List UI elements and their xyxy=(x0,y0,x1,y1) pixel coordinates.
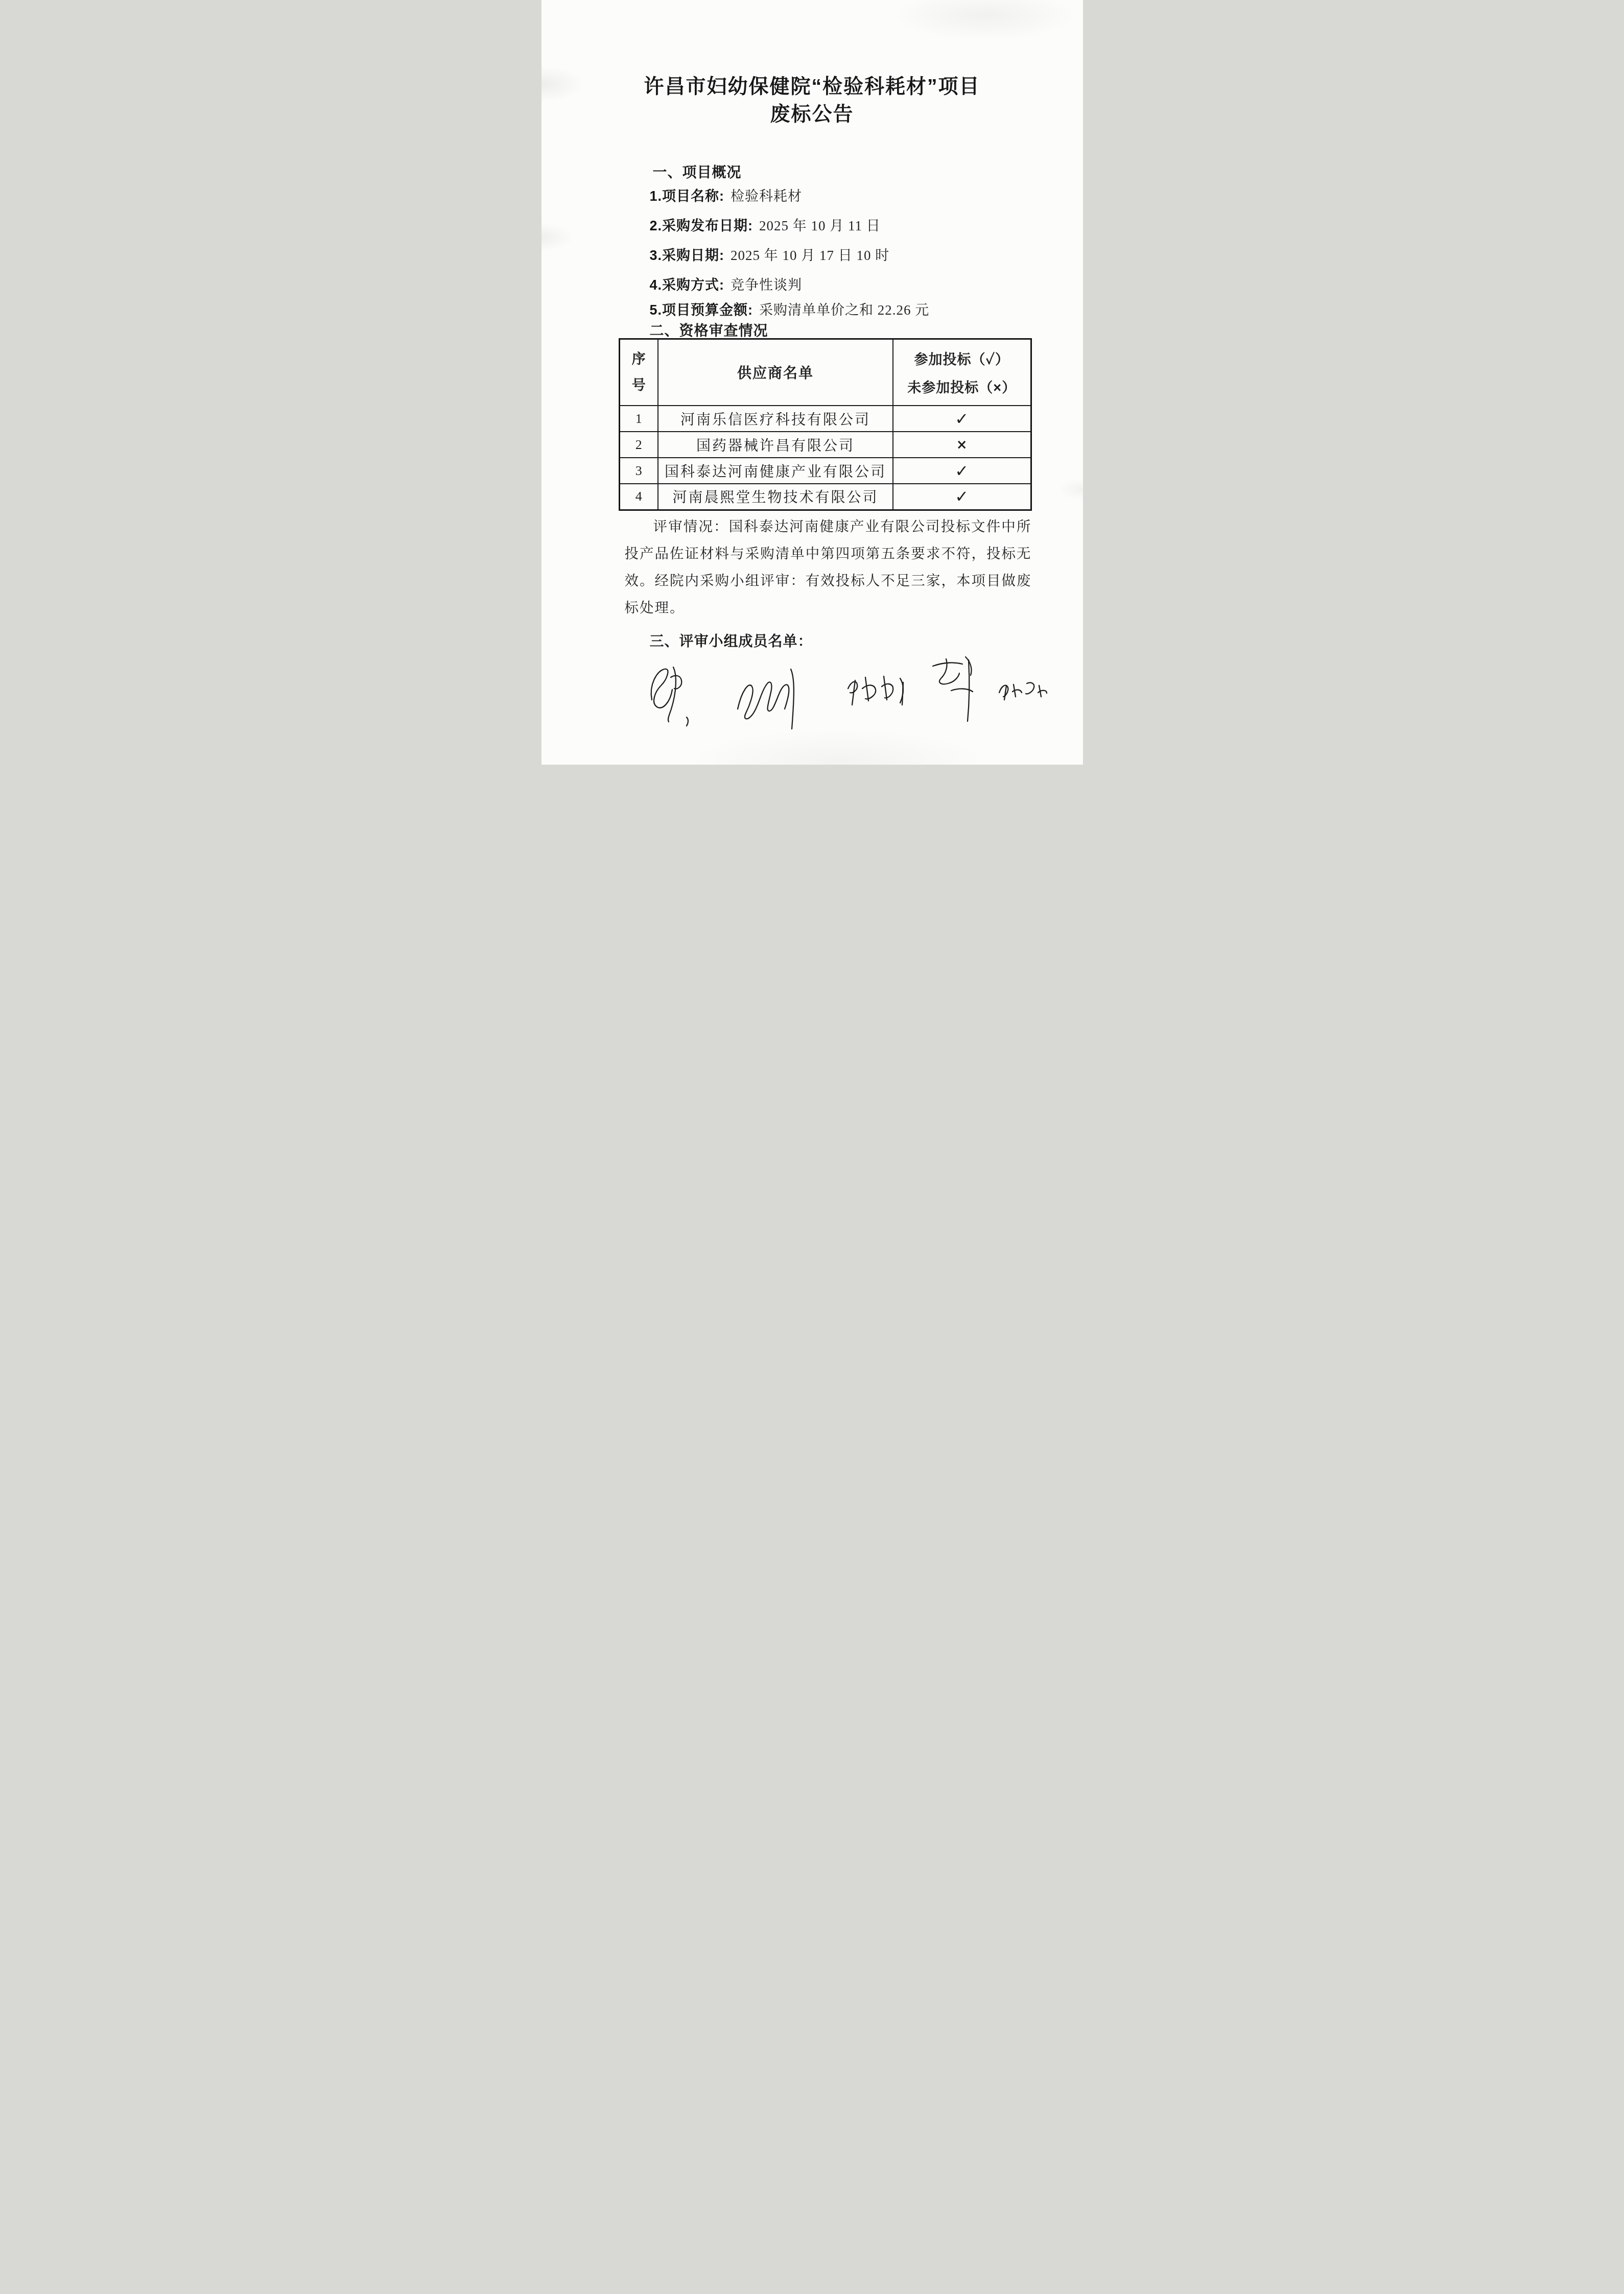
header-no-label: 序号 xyxy=(631,346,646,399)
scanned-document-page: 许昌市妇幼保健院“检验科耗材”项目 废标公告 一、项目概况 1.项目名称:检验科… xyxy=(542,0,1083,765)
row3-mark: ✓ xyxy=(893,458,1031,484)
header-mark-line1: 参加投标（✓） xyxy=(914,348,1009,368)
document-title-line2: 废标公告 xyxy=(542,98,1083,127)
row2-supplier: 国药器械许昌有限公司 xyxy=(658,432,893,458)
table-row: 2 国药器械许昌有限公司 × xyxy=(619,432,1031,458)
handwritten-signature-2 xyxy=(732,664,809,730)
item-publish-date-label: 2.采购发布日期: xyxy=(650,218,754,233)
table-row: 3 国科泰达河南健康产业有限公司 ✓ xyxy=(619,458,1031,484)
item-project-name-label: 1.项目名称: xyxy=(650,188,725,204)
item-budget: 5.项目预算金额:采购清单单价之和 22.26 元 xyxy=(650,299,930,319)
section2-heading: 二、资格审查情况 xyxy=(650,320,768,340)
row2-mark: × xyxy=(893,432,1031,458)
row1-supplier: 河南乐信医疗科技有限公司 xyxy=(658,406,893,432)
review-note-paragraph: 评审情况：国科泰达河南健康产业有限公司投标文件中所投产品佐证材料与采购清单中第四… xyxy=(625,513,1032,621)
row3-no: 3 xyxy=(619,458,658,484)
item-procure-date-label: 3.采购日期: xyxy=(650,248,725,263)
row4-supplier: 河南晨熙堂生物技术有限公司 xyxy=(658,484,893,510)
section3-heading: 三、评审小组成员名单： xyxy=(650,630,813,651)
item-publish-date: 2.采购发布日期:2025 年 10 月 11 日 xyxy=(650,215,881,234)
handwritten-signature-3 xyxy=(843,667,914,718)
row4-mark: ✓ xyxy=(893,484,1031,510)
handwritten-signature-4 xyxy=(926,653,979,724)
item-procure-method-label: 4.采购方式: xyxy=(650,277,725,293)
item-project-name-value: 检验科耗材 xyxy=(731,188,802,204)
row1-no: 1 xyxy=(619,406,658,432)
item-procure-date: 3.采购日期:2025 年 10 月 17 日 10 时 xyxy=(650,244,890,264)
header-cell-no: 序号 xyxy=(619,339,658,406)
document-title-line1: 许昌市妇幼保健院“检验科耗材”项目 xyxy=(542,70,1083,99)
item-procure-method-value: 竞争性谈判 xyxy=(731,277,802,293)
row2-no: 2 xyxy=(619,432,658,458)
header-mark-line2: 未参加投标（×） xyxy=(907,376,1016,396)
qualification-table: 序号 供应商名单 参加投标（✓） 未参加投标（×） 1 河南乐信医疗科技有限公司… xyxy=(619,338,1032,511)
handwritten-signature-1 xyxy=(642,660,695,727)
item-procure-method: 4.采购方式:竞争性谈判 xyxy=(650,274,803,294)
item-budget-label: 5.项目预算金额: xyxy=(650,302,754,318)
table-row: 4 河南晨熙堂生物技术有限公司 ✓ xyxy=(619,484,1031,510)
section1-heading: 一、项目概况 xyxy=(653,161,742,182)
header-supplier-label: 供应商名单 xyxy=(737,365,814,381)
item-project-name: 1.项目名称:检验科耗材 xyxy=(650,185,803,205)
row3-supplier: 国科泰达河南健康产业有限公司 xyxy=(658,458,893,484)
row1-mark: ✓ xyxy=(893,406,1031,432)
item-procure-date-value: 2025 年 10 月 17 日 10 时 xyxy=(731,248,889,263)
header-cell-supplier: 供应商名单 xyxy=(658,339,893,406)
table-row: 1 河南乐信医疗科技有限公司 ✓ xyxy=(619,406,1031,432)
handwritten-signature-5 xyxy=(995,674,1050,704)
item-publish-date-value: 2025 年 10 月 11 日 xyxy=(759,218,881,233)
header-mark-lines: 参加投标（✓） 未参加投标（×） xyxy=(893,340,1030,405)
item-budget-value: 采购清单单价之和 22.26 元 xyxy=(759,302,929,318)
table-header-row: 序号 供应商名单 参加投标（✓） 未参加投标（×） xyxy=(619,339,1031,406)
row4-no: 4 xyxy=(619,484,658,510)
header-cell-mark: 参加投标（✓） 未参加投标（×） xyxy=(893,339,1031,406)
